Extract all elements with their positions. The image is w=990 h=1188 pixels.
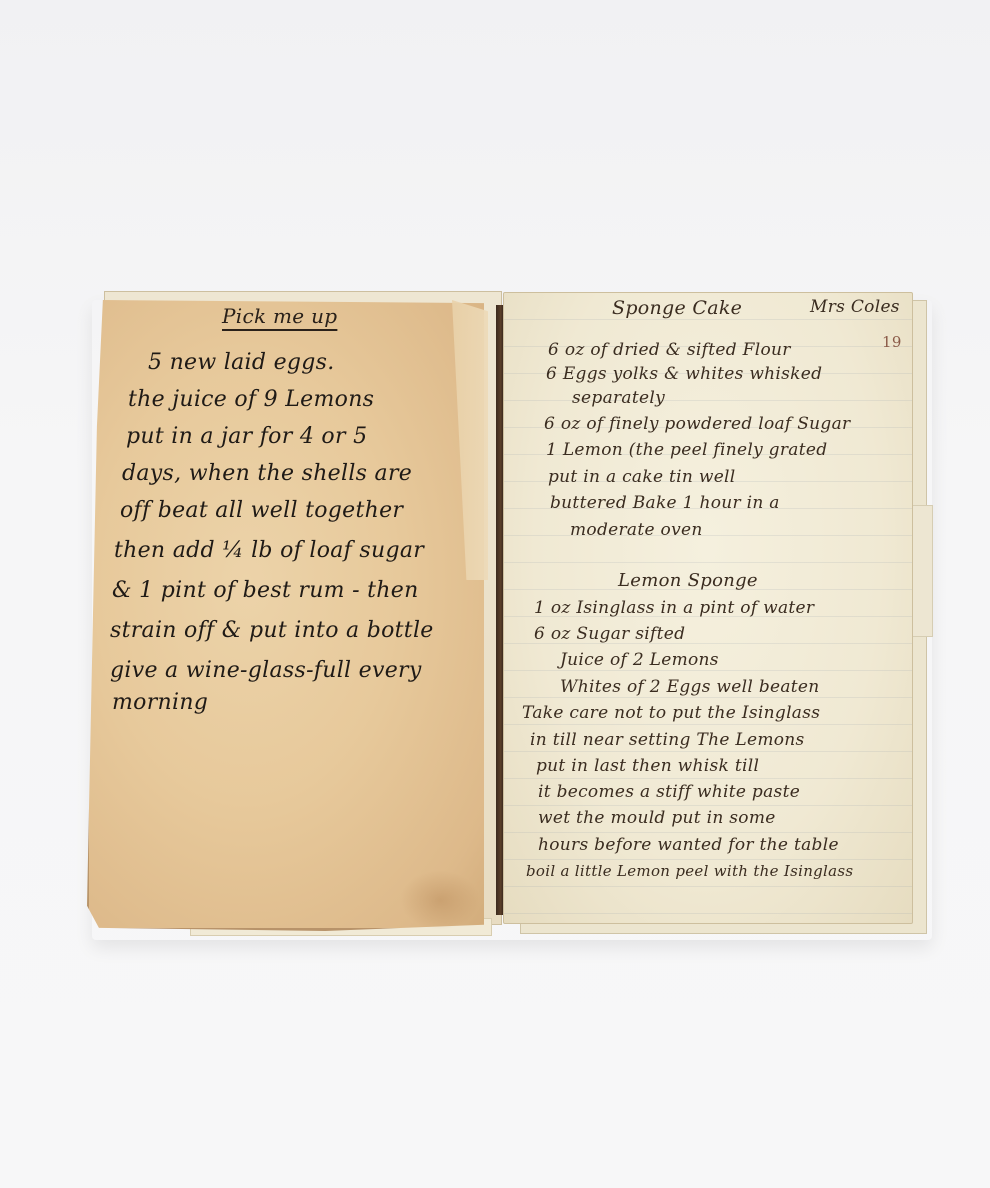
- left-line: morning: [112, 690, 208, 715]
- right-line: 6 oz of dried & sifted Flour: [548, 340, 791, 360]
- left-page-title: Pick me up: [222, 304, 337, 328]
- right-line: boil a little Lemon peel with the Isingl…: [526, 862, 853, 880]
- right-line: separately: [572, 388, 665, 408]
- right-line: Take care not to put the Isinglass: [522, 703, 820, 723]
- right-line: Whites of 2 Eggs well beaten: [560, 677, 820, 697]
- left-line: give a wine-glass-full every: [110, 658, 422, 683]
- left-line: off beat all well together: [120, 498, 403, 523]
- right-line: wet the mould put in some: [538, 808, 776, 828]
- right-line: put in last then whisk till: [536, 756, 759, 776]
- right-line: put in a cake tin well: [548, 467, 736, 487]
- right-line: 1 oz Isinglass in a pint of water: [534, 598, 814, 618]
- left-line: strain off & put into a bottle: [110, 618, 434, 643]
- page-number: 19: [882, 333, 902, 351]
- right-line: it becomes a stiff white paste: [538, 782, 800, 802]
- left-line: days, when the shells are: [122, 461, 412, 486]
- right-line: 6 Eggs yolks & whites whisked: [546, 364, 822, 384]
- right-line: Juice of 2 Lemons: [560, 650, 719, 670]
- left-line: then add ¼ lb of loaf sugar: [114, 538, 424, 563]
- right-line: hours before wanted for the table: [538, 835, 839, 855]
- recipe-attribution: Mrs Coles: [810, 297, 900, 317]
- left-line: & 1 pint of best rum - then: [112, 578, 419, 603]
- right-line: buttered Bake 1 hour in a: [550, 493, 780, 513]
- left-line: put in a jar for 4 or 5: [126, 424, 367, 449]
- right-line: moderate oven: [570, 520, 703, 540]
- right-line: 1 Lemon (the peel finely grated: [546, 440, 827, 460]
- recipe-title-lemon-sponge: Lemon Sponge: [618, 570, 758, 591]
- water-stain: [400, 870, 480, 930]
- right-line: 6 oz Sugar sifted: [534, 624, 685, 644]
- right-inserted-slip: [910, 505, 933, 637]
- right-line: in till near setting The Lemons: [530, 730, 805, 750]
- right-line: 6 oz of finely powdered loaf Sugar: [544, 414, 850, 434]
- recipe-title-sponge-cake: Sponge Cake: [612, 297, 742, 319]
- left-line: 5 new laid eggs.: [148, 350, 335, 375]
- left-line: the juice of 9 Lemons: [128, 387, 374, 412]
- notebook-photo: Pick me up 5 new laid eggs. the juice of…: [0, 0, 990, 1188]
